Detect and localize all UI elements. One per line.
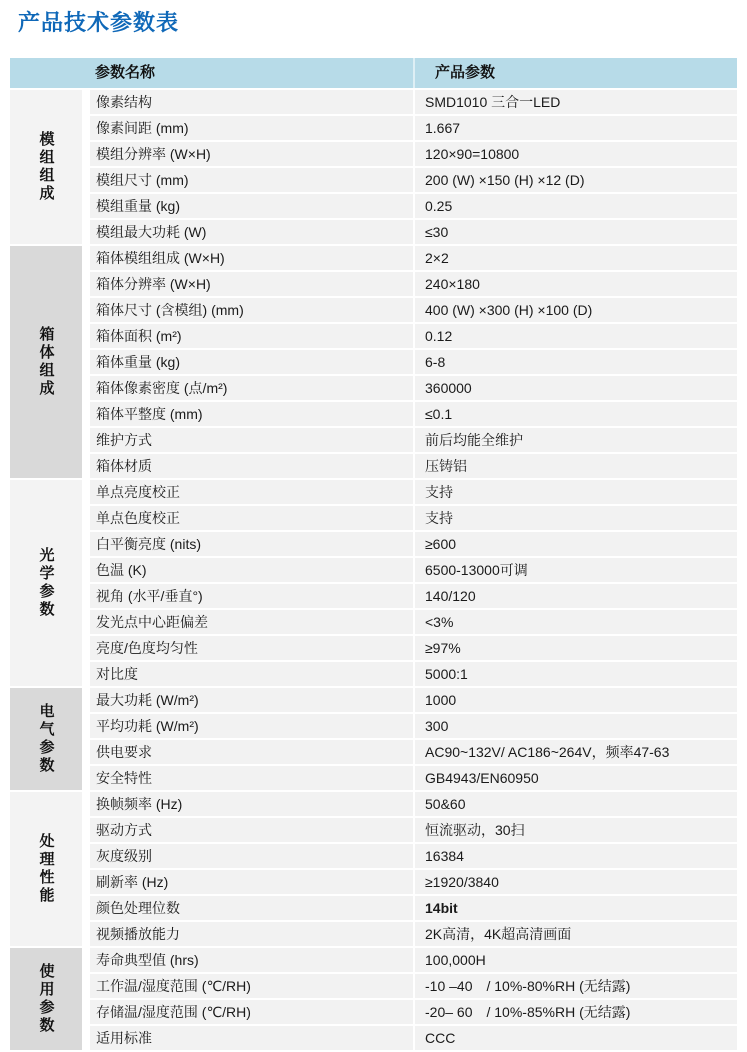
table-section: 电气参数最大功耗 (W/m²)1000平均功耗 (W/m²)300供电要求AC9… bbox=[10, 686, 737, 790]
table-row: 灰度级别16384 bbox=[90, 842, 737, 868]
param-value-cell: 140/120 bbox=[415, 588, 737, 604]
table-row: 维护方式前后均能全维护 bbox=[90, 426, 737, 452]
param-value-cell: 2×2 bbox=[415, 250, 737, 266]
param-value-cell: 1000 bbox=[415, 692, 737, 708]
param-value-cell: ≥97% bbox=[415, 640, 737, 656]
section-rows: 寿命典型值 (hrs)100,000H工作温/湿度范围 (℃/RH)-10 –4… bbox=[90, 946, 737, 1050]
param-value-cell: 300 bbox=[415, 718, 737, 734]
category-cell: 使用参数 bbox=[10, 946, 82, 1050]
category-cell: 光学参数 bbox=[10, 478, 82, 686]
param-value-cell: CCC bbox=[415, 1030, 737, 1046]
table-row: 工作温/湿度范围 (℃/RH)-10 –40 / 10%-80%RH (无结露) bbox=[90, 972, 737, 998]
table-row: 视角 (水平/垂直°)140/120 bbox=[90, 582, 737, 608]
param-name-cell: 模组尺寸 (mm) bbox=[90, 170, 413, 190]
param-name-cell: 箱体尺寸 (含模组) (mm) bbox=[90, 300, 413, 320]
table-section: 光学参数单点亮度校正支持单点色度校正支持白平衡亮度 (nits)≥600色温 (… bbox=[10, 478, 737, 686]
section-rows: 最大功耗 (W/m²)1000平均功耗 (W/m²)300供电要求AC90~13… bbox=[90, 686, 737, 790]
section-rows: 单点亮度校正支持单点色度校正支持白平衡亮度 (nits)≥600色温 (K)65… bbox=[90, 478, 737, 686]
param-value-cell: 240×180 bbox=[415, 276, 737, 292]
param-value-cell: ≤0.1 bbox=[415, 406, 737, 422]
table-row: 寿命典型值 (hrs)100,000H bbox=[90, 946, 737, 972]
category-cell: 箱体组成 bbox=[10, 244, 82, 478]
table-row: 像素间距 (mm)1.667 bbox=[90, 114, 737, 140]
param-name-cell: 驱动方式 bbox=[90, 820, 413, 840]
param-name-cell: 箱体面积 (m²) bbox=[90, 326, 413, 346]
category-cell: 处理性能 bbox=[10, 790, 82, 946]
table-row: 驱动方式恒流驱动，30扫 bbox=[90, 816, 737, 842]
table-row: 箱体材质压铸铝 bbox=[90, 452, 737, 478]
table-body: 模组组成像素结构SMD1010 三合一LED像素间距 (mm)1.667模组分辨… bbox=[10, 88, 737, 1050]
table-row: 色温 (K)6500-13000可调 bbox=[90, 556, 737, 582]
param-value-cell: 14bit bbox=[415, 900, 737, 916]
table-row: 箱体重量 (kg)6-8 bbox=[90, 348, 737, 374]
param-name-cell: 亮度/色度均匀性 bbox=[90, 638, 413, 658]
category-cell: 电气参数 bbox=[10, 686, 82, 790]
column-header-param: 参数名称 bbox=[95, 58, 155, 88]
param-name-cell: 平均功耗 (W/m²) bbox=[90, 716, 413, 736]
table-row: 平均功耗 (W/m²)300 bbox=[90, 712, 737, 738]
param-name-cell: 灰度级别 bbox=[90, 846, 413, 866]
param-name-cell: 最大功耗 (W/m²) bbox=[90, 690, 413, 710]
param-name-cell: 存储温/湿度范围 (℃/RH) bbox=[90, 1002, 413, 1022]
param-name-cell: 寿命典型值 (hrs) bbox=[90, 950, 413, 970]
param-value-cell: 压铸铝 bbox=[415, 456, 737, 476]
table-row: 箱体像素密度 (点/m²)360000 bbox=[90, 374, 737, 400]
table-row: 对比度5000:1 bbox=[90, 660, 737, 686]
page-title: 产品技术参数表 bbox=[18, 6, 179, 37]
table-row: 视频播放能力2K高清，4K超高清画面 bbox=[90, 920, 737, 946]
param-value-cell: ≤30 bbox=[415, 224, 737, 240]
table-row: 刷新率 (Hz)≥1920/3840 bbox=[90, 868, 737, 894]
param-value-cell: 200 (W) ×150 (H) ×12 (D) bbox=[415, 172, 737, 188]
param-value-cell: 400 (W) ×300 (H) ×100 (D) bbox=[415, 302, 737, 318]
param-value-cell: -20– 60 / 10%-85%RH (无结露) bbox=[415, 1002, 737, 1022]
param-name-cell: 箱体重量 (kg) bbox=[90, 352, 413, 372]
param-name-cell: 维护方式 bbox=[90, 430, 413, 450]
param-value-cell: ≥1920/3840 bbox=[415, 874, 737, 890]
table-section: 模组组成像素结构SMD1010 三合一LED像素间距 (mm)1.667模组分辨… bbox=[10, 88, 737, 244]
param-name-cell: 像素结构 bbox=[90, 92, 413, 112]
param-value-cell: 6500-13000可调 bbox=[415, 560, 737, 580]
param-name-cell: 工作温/湿度范围 (℃/RH) bbox=[90, 976, 413, 996]
table-row: 箱体模组组成 (W×H)2×2 bbox=[90, 244, 737, 270]
param-name-cell: 箱体平整度 (mm) bbox=[90, 404, 413, 424]
param-name-cell: 视角 (水平/垂直°) bbox=[90, 586, 413, 606]
table-row: 箱体尺寸 (含模组) (mm)400 (W) ×300 (H) ×100 (D) bbox=[90, 296, 737, 322]
param-value-cell: 0.12 bbox=[415, 328, 737, 344]
section-rows: 像素结构SMD1010 三合一LED像素间距 (mm)1.667模组分辨率 (W… bbox=[90, 88, 737, 244]
section-rows: 换帧频率 (Hz)50&60驱动方式恒流驱动，30扫灰度级别16384刷新率 (… bbox=[90, 790, 737, 946]
param-value-cell: 6-8 bbox=[415, 354, 737, 370]
table-row: 亮度/色度均匀性≥97% bbox=[90, 634, 737, 660]
param-value-cell: 5000:1 bbox=[415, 666, 737, 682]
table-row: 箱体分辨率 (W×H)240×180 bbox=[90, 270, 737, 296]
param-name-cell: 单点色度校正 bbox=[90, 508, 413, 528]
table-row: 适用标准CCC bbox=[90, 1024, 737, 1050]
table-row: 最大功耗 (W/m²)1000 bbox=[90, 686, 737, 712]
param-name-cell: 适用标准 bbox=[90, 1028, 413, 1048]
table-section: 箱体组成箱体模组组成 (W×H)2×2箱体分辨率 (W×H)240×180箱体尺… bbox=[10, 244, 737, 478]
param-name-cell: 色温 (K) bbox=[90, 560, 413, 580]
table-row: 安全特性GB4943/EN60950 bbox=[90, 764, 737, 790]
table-row: 像素结构SMD1010 三合一LED bbox=[90, 88, 737, 114]
param-name-cell: 箱体分辨率 (W×H) bbox=[90, 274, 413, 294]
param-name-cell: 对比度 bbox=[90, 664, 413, 684]
param-name-cell: 白平衡亮度 (nits) bbox=[90, 534, 413, 554]
table-section: 使用参数寿命典型值 (hrs)100,000H工作温/湿度范围 (℃/RH)-1… bbox=[10, 946, 737, 1050]
table-header: 参数名称 产品参数 bbox=[10, 58, 737, 88]
spec-table: 参数名称 产品参数 模组组成像素结构SMD1010 三合一LED像素间距 (mm… bbox=[10, 58, 737, 1050]
table-row: 发光点中心距偏差<3% bbox=[90, 608, 737, 634]
param-value-cell: 360000 bbox=[415, 380, 737, 396]
section-rows: 箱体模组组成 (W×H)2×2箱体分辨率 (W×H)240×180箱体尺寸 (含… bbox=[90, 244, 737, 478]
param-name-cell: 箱体模组组成 (W×H) bbox=[90, 248, 413, 268]
param-name-cell: 模组分辨率 (W×H) bbox=[90, 144, 413, 164]
table-row: 箱体面积 (m²)0.12 bbox=[90, 322, 737, 348]
param-value-cell: 前后均能全维护 bbox=[415, 430, 737, 450]
param-name-cell: 单点亮度校正 bbox=[90, 482, 413, 502]
param-value-cell: SMD1010 三合一LED bbox=[415, 92, 737, 112]
param-value-cell: <3% bbox=[415, 614, 737, 630]
table-row: 颜色处理位数14bit bbox=[90, 894, 737, 920]
param-name-cell: 模组重量 (kg) bbox=[90, 196, 413, 216]
param-name-cell: 箱体像素密度 (点/m²) bbox=[90, 378, 413, 398]
header-column-divider bbox=[413, 58, 415, 88]
table-row: 存储温/湿度范围 (℃/RH)-20– 60 / 10%-85%RH (无结露) bbox=[90, 998, 737, 1024]
param-value-cell: 1.667 bbox=[415, 120, 737, 136]
param-value-cell: 恒流驱动，30扫 bbox=[415, 820, 737, 840]
table-row: 单点亮度校正支持 bbox=[90, 478, 737, 504]
column-header-value: 产品参数 bbox=[435, 58, 495, 88]
param-value-cell: AC90~132V/ AC186~264V，频率47-63 bbox=[415, 742, 737, 762]
param-name-cell: 换帧频率 (Hz) bbox=[90, 794, 413, 814]
param-name-cell: 安全特性 bbox=[90, 768, 413, 788]
table-section: 处理性能换帧频率 (Hz)50&60驱动方式恒流驱动，30扫灰度级别16384刷… bbox=[10, 790, 737, 946]
table-row: 供电要求AC90~132V/ AC186~264V，频率47-63 bbox=[90, 738, 737, 764]
param-name-cell: 颜色处理位数 bbox=[90, 898, 413, 918]
param-value-cell: -10 –40 / 10%-80%RH (无结露) bbox=[415, 976, 737, 996]
param-name-cell: 箱体材质 bbox=[90, 456, 413, 476]
param-name-cell: 像素间距 (mm) bbox=[90, 118, 413, 138]
param-value-cell: ≥600 bbox=[415, 536, 737, 552]
table-row: 模组最大功耗 (W)≤30 bbox=[90, 218, 737, 244]
table-row: 白平衡亮度 (nits)≥600 bbox=[90, 530, 737, 556]
param-name-cell: 刷新率 (Hz) bbox=[90, 872, 413, 892]
param-value-cell: 0.25 bbox=[415, 198, 737, 214]
param-value-cell: 16384 bbox=[415, 848, 737, 864]
param-value-cell: 支持 bbox=[415, 508, 737, 528]
param-name-cell: 视频播放能力 bbox=[90, 924, 413, 944]
table-row: 模组尺寸 (mm)200 (W) ×150 (H) ×12 (D) bbox=[90, 166, 737, 192]
table-row: 模组分辨率 (W×H)120×90=10800 bbox=[90, 140, 737, 166]
param-value-cell: 2K高清，4K超高清画面 bbox=[415, 924, 737, 944]
param-value-cell: 50&60 bbox=[415, 796, 737, 812]
table-row: 箱体平整度 (mm)≤0.1 bbox=[90, 400, 737, 426]
param-name-cell: 发光点中心距偏差 bbox=[90, 612, 413, 632]
table-row: 单点色度校正支持 bbox=[90, 504, 737, 530]
param-value-cell: 100,000H bbox=[415, 952, 737, 968]
param-value-cell: GB4943/EN60950 bbox=[415, 770, 737, 786]
table-row: 模组重量 (kg)0.25 bbox=[90, 192, 737, 218]
category-cell: 模组组成 bbox=[10, 88, 82, 244]
param-value-cell: 支持 bbox=[415, 482, 737, 502]
param-name-cell: 供电要求 bbox=[90, 742, 413, 762]
param-value-cell: 120×90=10800 bbox=[415, 146, 737, 162]
table-row: 换帧频率 (Hz)50&60 bbox=[90, 790, 737, 816]
param-name-cell: 模组最大功耗 (W) bbox=[90, 222, 413, 242]
